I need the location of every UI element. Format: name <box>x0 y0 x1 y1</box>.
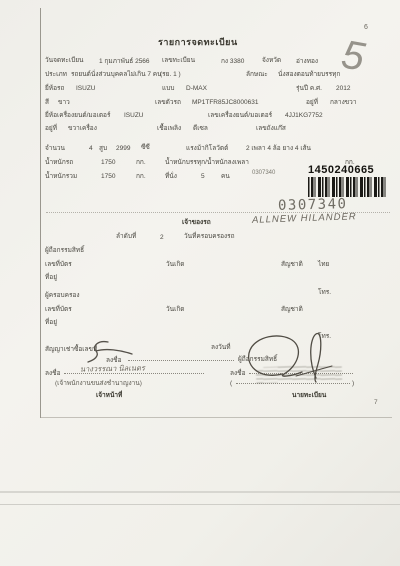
body-value: นั่งสองตอนท้ายบรรทุก <box>278 71 340 78</box>
reg-date-value: 1 กุมภาพันธ์ 2566 <box>99 58 150 65</box>
type-label: ประเภท <box>45 71 67 78</box>
gross-unit: กก. <box>136 173 146 180</box>
cc-unit: ซีซี <box>141 144 150 151</box>
barcode <box>308 177 386 197</box>
contract-date-label: ลงวันที่ <box>211 344 231 351</box>
scan-line-2 <box>0 504 400 505</box>
possessor-label: ผู้ครอบครอง <box>45 292 80 299</box>
engine-no-value: 4JJ1KG7752 <box>285 112 323 119</box>
body-label: ลักษณะ <box>246 71 268 78</box>
possessor-birth-label: วันเกิด <box>166 306 184 313</box>
box-left-border <box>40 8 41 418</box>
fuel-label: เชื้อเพลิง <box>157 125 181 132</box>
holder-nationality-label: สัญชาติ <box>281 261 303 268</box>
form-number: 0307340 <box>252 170 275 177</box>
holder-birth-label: วันเกิด <box>166 261 184 268</box>
model-value: D-MAX <box>186 85 207 92</box>
year-label: รุ่นปี ค.ศ. <box>296 85 322 92</box>
cylinders-label: จำนวน <box>45 145 65 152</box>
handwritten-note: ALLNEW HILANDER <box>252 212 357 226</box>
gas-tank-label: เลขถังแก๊ส <box>256 125 286 132</box>
possessor-address-label: ที่อยู่ <box>45 319 57 326</box>
color-label: สี <box>45 99 49 106</box>
axles-value: 2 เพลา 4 ล้อ ยาง 4 เส้น <box>246 145 311 152</box>
engine-no-label: เลขเครื่องยนต์/มอเตอร์ <box>208 112 272 119</box>
sign-label-officer: ลงชื่อ <box>45 370 60 377</box>
vin-pos-label: อยู่ที่ <box>306 99 318 106</box>
box-bottom-border <box>40 417 392 418</box>
engine-pos-label: อยู่ที่ <box>45 125 57 132</box>
reg-no-value: กง 3380 <box>221 58 244 65</box>
seats-value: 5 <box>201 173 205 180</box>
vin-pos-value: กลางขวา <box>330 99 357 106</box>
holder-tel-label: โทร. <box>318 289 331 296</box>
type-value: รถยนต์นั่งส่วนบุคคลไม่เกิน 7 คน <box>71 71 162 78</box>
registrar-role: นายทะเบียน <box>292 392 326 399</box>
gross-label: น้ำหนักรวม <box>45 173 77 180</box>
province-value: อ่างทอง <box>296 58 318 65</box>
engine-brand-label: ยี่ห้อเครื่องยนต์/มอเตอร์ <box>45 112 110 119</box>
registrar-paren-close: ) <box>352 380 354 387</box>
brand-value: ISUZU <box>76 85 96 92</box>
type-code: (รย. 1 ) <box>160 71 181 78</box>
engine-brand-value: ISUZU <box>124 112 144 119</box>
order-value: 2 <box>160 234 164 241</box>
owner-section-title: เจ้าของรถ <box>182 219 211 226</box>
brand-label: ยี่ห้อรถ <box>45 85 64 92</box>
weight-unit: กก. <box>136 159 146 166</box>
footer-mark: 7 <box>374 399 378 406</box>
officer-signature-stroke <box>80 338 140 366</box>
cylinders-unit: สูบ <box>99 145 107 152</box>
holder-nationality-value: ไทย <box>318 261 329 268</box>
handwritten-number: 5 <box>338 32 368 79</box>
barcode-number: 1450240665 <box>308 164 374 176</box>
possessor-nationality-label: สัญชาติ <box>281 306 303 313</box>
engine-pos-value: ขวาเครื่อง <box>68 125 97 132</box>
page-number: 6 <box>364 24 368 32</box>
hp-label: แรงม้ากิโลวัตต์ <box>186 145 228 152</box>
fuel-value: ดีเซล <box>193 125 208 132</box>
gross-value: 1750 <box>101 173 115 180</box>
reg-date-label: วันจดทะเบียน <box>45 57 84 64</box>
scanned-registration-document: 6 5 รายการจดทะเบียน วันจดทะเบียน 1 กุมภา… <box>0 0 400 566</box>
order-label: ลำดับที่ <box>116 233 136 240</box>
weight-label: น้ำหนักรถ <box>45 159 73 166</box>
holder-card-label: เลขที่บัตร <box>45 261 72 268</box>
seats-label: ที่นั่ง <box>165 173 177 180</box>
cc-value: 2999 <box>116 145 130 152</box>
possessor-card-label: เลขที่บัตร <box>45 306 72 313</box>
reg-no-label: เลขทะเบียน <box>162 57 195 64</box>
province-label: จังหวัด <box>262 57 281 64</box>
vin-label: เลขตัวรถ <box>155 99 181 106</box>
year-value: 2012 <box>336 85 350 92</box>
model-label: แบบ <box>162 85 174 92</box>
scan-line-1 <box>0 491 400 493</box>
color-value: ขาว <box>58 99 70 106</box>
cylinders-value: 4 <box>89 145 93 152</box>
officer-role: เจ้าหน้าที่ <box>96 392 122 399</box>
page-title: รายการจดทะเบียน <box>158 38 238 48</box>
vin-value: MP1TFR85JC8000631 <box>192 99 258 106</box>
holder-address-label: ที่อยู่ <box>45 274 57 281</box>
holder-label: ผู้ถือกรรมสิทธิ์ <box>45 247 84 254</box>
seats-unit: คน <box>221 173 230 180</box>
possession-date-label: วันที่ครอบครองรถ <box>184 233 235 240</box>
sign-dots-holder <box>128 352 234 361</box>
registrar-signature-stroke <box>240 330 350 385</box>
officer-title: (เจ้าพนักงานขนส่งชำนาญงาน) <box>55 380 142 387</box>
load-label: น้ำหนักบรรทุก/น้ำหนักลงเพลา <box>165 159 249 166</box>
registrar-paren-open: ( <box>230 380 232 387</box>
weight-value: 1750 <box>101 159 115 166</box>
